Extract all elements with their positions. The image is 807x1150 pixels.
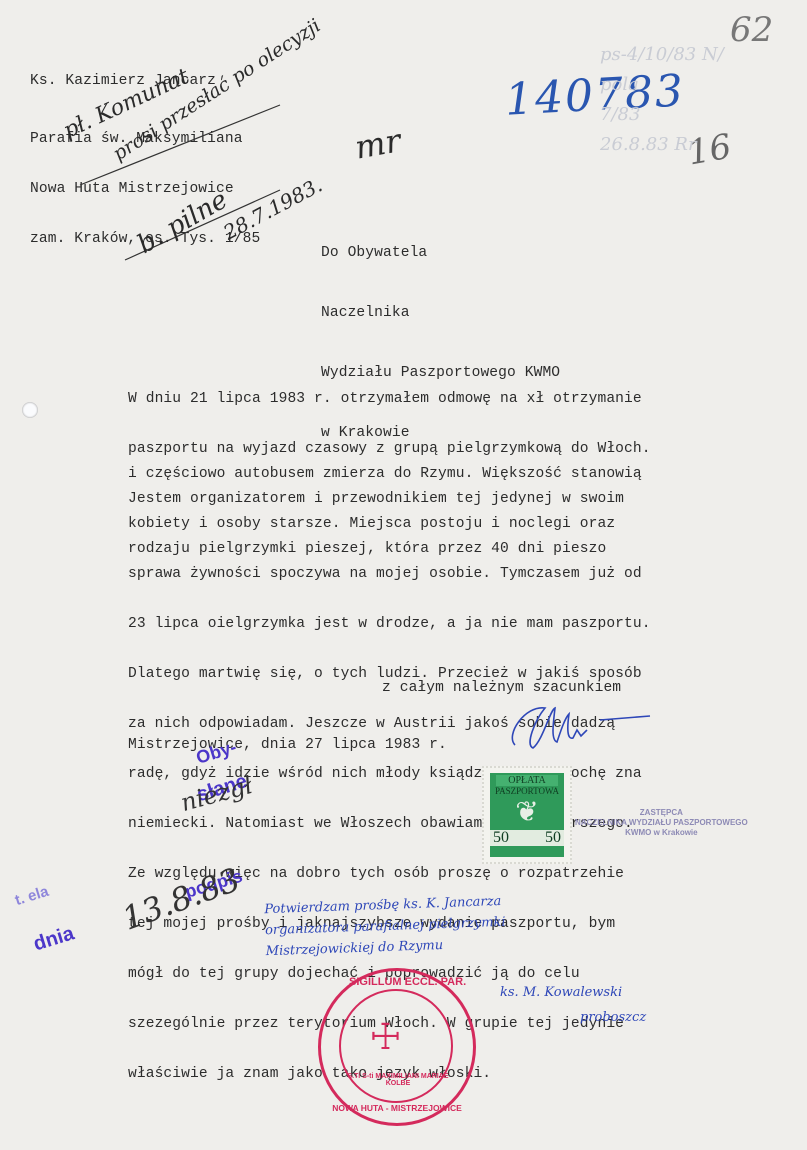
fee-stamp-title-2: PASZPORTOWA xyxy=(490,786,564,796)
fee-stamp-inner: OPŁATA PASZPORTOWA ❦ 50 50 xyxy=(490,773,564,857)
seal-figure-icon: ☩ xyxy=(371,1009,400,1065)
office-stamp-line: ZASTĘPCA xyxy=(575,808,748,818)
page-number: 62 xyxy=(730,10,773,50)
punch-hole-top xyxy=(22,402,38,418)
endorsement-signature: ks. M. Kowalewski xyxy=(500,985,622,1000)
office-stamp: ZASTĘPCA NACZELNIKA WYDZIAŁU PASZPORTOWE… xyxy=(575,808,748,838)
signature-jancarz xyxy=(505,700,655,760)
office-stamp-line: NACZELNIKA WYDZIAŁU PASZPORTOWEGO xyxy=(575,818,748,828)
seal-text-inner: S.Ti S-ti MAXIMILIANI MARIAE KOLBE xyxy=(343,1073,453,1087)
parish-seal: SIGILLUM ECCL. PAR. ☩ S.Ti S-ti MAXIMILI… xyxy=(318,968,476,1126)
office-stamp-line: KWMO w Krakowie xyxy=(575,828,748,838)
endorsement-title: proboszcz xyxy=(580,1010,646,1025)
stamp-fragment-tela: t. ela xyxy=(13,883,51,909)
recipient-line-1: Do Obywatela xyxy=(321,244,560,272)
body-line: 23 lipca oielgrzymka jest w drodze, a ja… xyxy=(128,615,651,633)
seal-text-top: SIGILLUM ECCL. PAR. xyxy=(349,976,466,988)
endorsement-text: Potwierdzam prośbę ks. K. Jancarza organ… xyxy=(264,891,507,962)
stamp-fragment-dnia: dnia xyxy=(31,922,77,956)
initials-top: mr xyxy=(352,121,404,166)
fee-stamp: OPŁATA PASZPORTOWA ❦ 50 50 xyxy=(482,766,572,864)
recipient-line-2: Naczelnika xyxy=(321,304,560,332)
eagle-emblem-icon: ❦ xyxy=(490,796,564,830)
document-page: Ks. Kazimierz Jancarz Parafia św. Maksym… xyxy=(0,0,807,1150)
seal-text-bottom: NOWA HUTA - MISTRZEJOWICE xyxy=(321,1103,473,1113)
fee-stamp-values: 50 50 xyxy=(490,830,564,846)
closing: z całym należnym szacunkiem xyxy=(382,680,621,696)
body-line: i częściowo autobusem zmierza do Rzymu. … xyxy=(128,465,651,483)
body-line: sprawa żywności spoczywa na mojej osobie… xyxy=(128,565,651,583)
body-line: W dniu 21 lipca 1983 r. otrzymałem odmow… xyxy=(128,390,651,408)
fee-value-left: 50 xyxy=(493,830,509,846)
bleed-through-text: ps-4/10/83 N/ pola 7/83 26.8.83 Rr xyxy=(600,40,724,160)
body-line: kobiety i osoby starsze. Miejsca postoju… xyxy=(128,515,651,533)
stamp-fragment-oby: Oby- xyxy=(194,737,239,769)
fee-value-right: 50 xyxy=(545,830,561,846)
fee-stamp-title-1: OPŁATA xyxy=(496,775,558,786)
